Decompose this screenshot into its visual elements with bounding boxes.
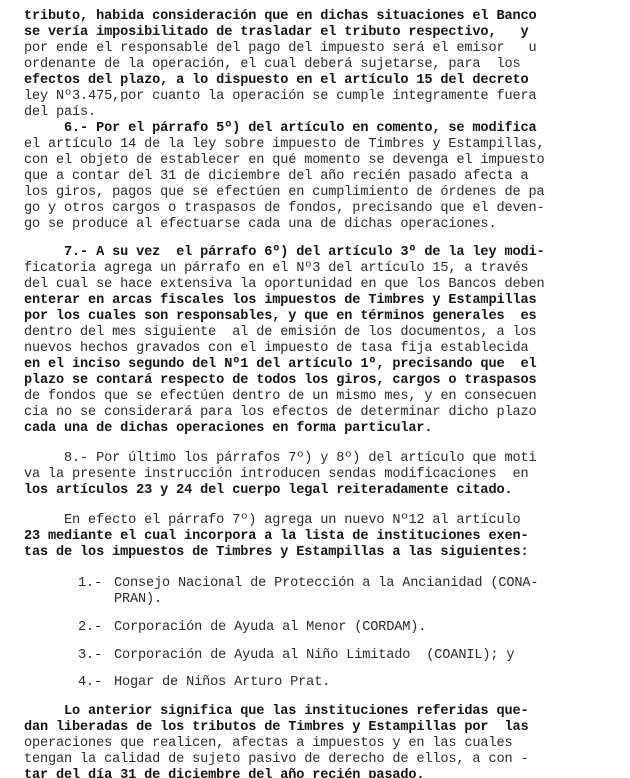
text-line: 6.- Por el párrafo 5º) del artículo en c…	[24, 121, 537, 137]
text-line: dan liberadas de los tributos de Timbres…	[24, 720, 528, 736]
text-line: go y otros cargos o traspasos de fondos,…	[24, 201, 545, 217]
list-item-text: Hogar de Niños Arturo Prat.	[114, 675, 330, 691]
text-line: los artículos 23 y 24 del cuerpo legal r…	[24, 483, 512, 499]
text-line: 7.- A su vez el párrafo 6º) del artículo…	[24, 245, 545, 261]
text-line: tar del día 31 de diciembre del año reci…	[24, 768, 424, 778]
text-line: cia no se considerará para los efectos d…	[24, 405, 537, 421]
document-page: tributo, habida consideración que en dic…	[0, 0, 630, 778]
list-item-number: 4.-	[78, 675, 102, 691]
list-item-text: Corporación de Ayuda al Niño Limitado (C…	[114, 648, 514, 664]
list-item-text: Corporación de Ayuda al Menor (CORDAM).	[114, 620, 426, 636]
text-line: 8.- Por último los párrafos 7º) y 8º) de…	[24, 451, 537, 467]
text-line: tas de los impuestos de Timbres y Estamp…	[24, 545, 528, 561]
text-line: va la presente instrucción introducen se…	[24, 467, 528, 483]
text-line: tengan la calidad de sujeto pasivo de de…	[24, 752, 528, 768]
text-line: ley Nº3.475,por cuanto la operación se c…	[24, 89, 537, 105]
text-line: 23 mediante el cual incorpora a la lista…	[24, 529, 528, 545]
text-line: del país.	[24, 105, 96, 121]
text-line: del cual se hace extensiva la oportunida…	[24, 277, 545, 293]
text-line: dentro del mes siguiente al de emisión d…	[24, 325, 537, 341]
text-line: tributo, habida consideración que en dic…	[24, 9, 537, 25]
text-line: en el inciso segundo del Nº1 del artícul…	[24, 357, 537, 373]
text-line: efectos del plazo, a lo dispuesto en el …	[24, 73, 528, 89]
list-item-number: 3.-	[78, 648, 102, 664]
text-line: ficatoria agrega un párrafo en el Nº3 de…	[24, 261, 528, 277]
text-line: operaciones que realicen, afectas a impu…	[24, 736, 512, 752]
text-line: con el objeto de establecer en qué momen…	[24, 153, 545, 169]
text-line: go se produce al efectuarse cada una de …	[24, 217, 496, 233]
list-item-number: 1.-	[78, 576, 102, 592]
list-item-text: Consejo Nacional de Protección a la Anci…	[114, 576, 538, 592]
text-line: plazo se contará respecto de todos los g…	[24, 373, 537, 389]
text-line: enterar en arcas fiscales los impuestos …	[24, 293, 537, 309]
list-item-number: 2.-	[78, 620, 102, 636]
text-line: nuevos hechos gravados con el impuesto d…	[24, 341, 528, 357]
text-line: En efecto el párrafo 7º) agrega un nuevo…	[24, 513, 520, 529]
text-line: Lo anterior significa que las institucio…	[24, 704, 528, 720]
text-line: se vería imposibilitado de trasladar el …	[24, 25, 528, 41]
text-line: cada una de dichas operaciones en forma …	[24, 421, 432, 437]
text-line: de fondos que se efectúen dentro de un m…	[24, 389, 537, 405]
text-line: ordenante de la operación, el cual deber…	[24, 57, 520, 73]
text-line: el artículo 14 de la ley sobre impuesto …	[24, 137, 545, 153]
text-line: por los cuales son responsables, y que e…	[24, 309, 537, 325]
text-line: que a contar del 31 de diciembre del año…	[24, 169, 528, 185]
list-item-text: PRAN).	[114, 592, 162, 608]
text-line: por ende el responsable del pago del imp…	[24, 41, 537, 57]
text-line: los giros, pagos que se efectúen en cump…	[24, 185, 545, 201]
